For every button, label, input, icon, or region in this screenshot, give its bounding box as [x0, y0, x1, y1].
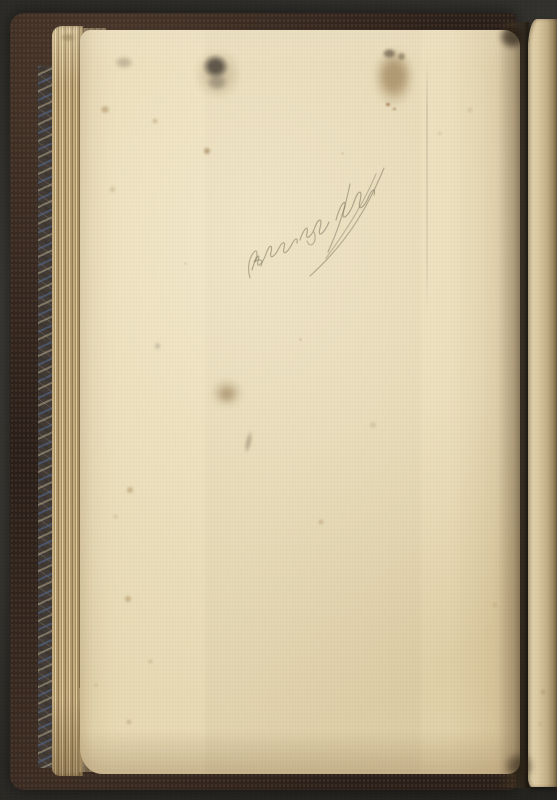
page-edge-stack: [52, 26, 83, 776]
next-leaf-sliver: [528, 19, 557, 787]
handwritten-inscription: [246, 160, 392, 282]
book-photograph: [0, 0, 557, 800]
show-through-crease: [426, 58, 428, 313]
blank-verso-page: [80, 30, 520, 774]
gutter-shadow: [498, 22, 532, 788]
